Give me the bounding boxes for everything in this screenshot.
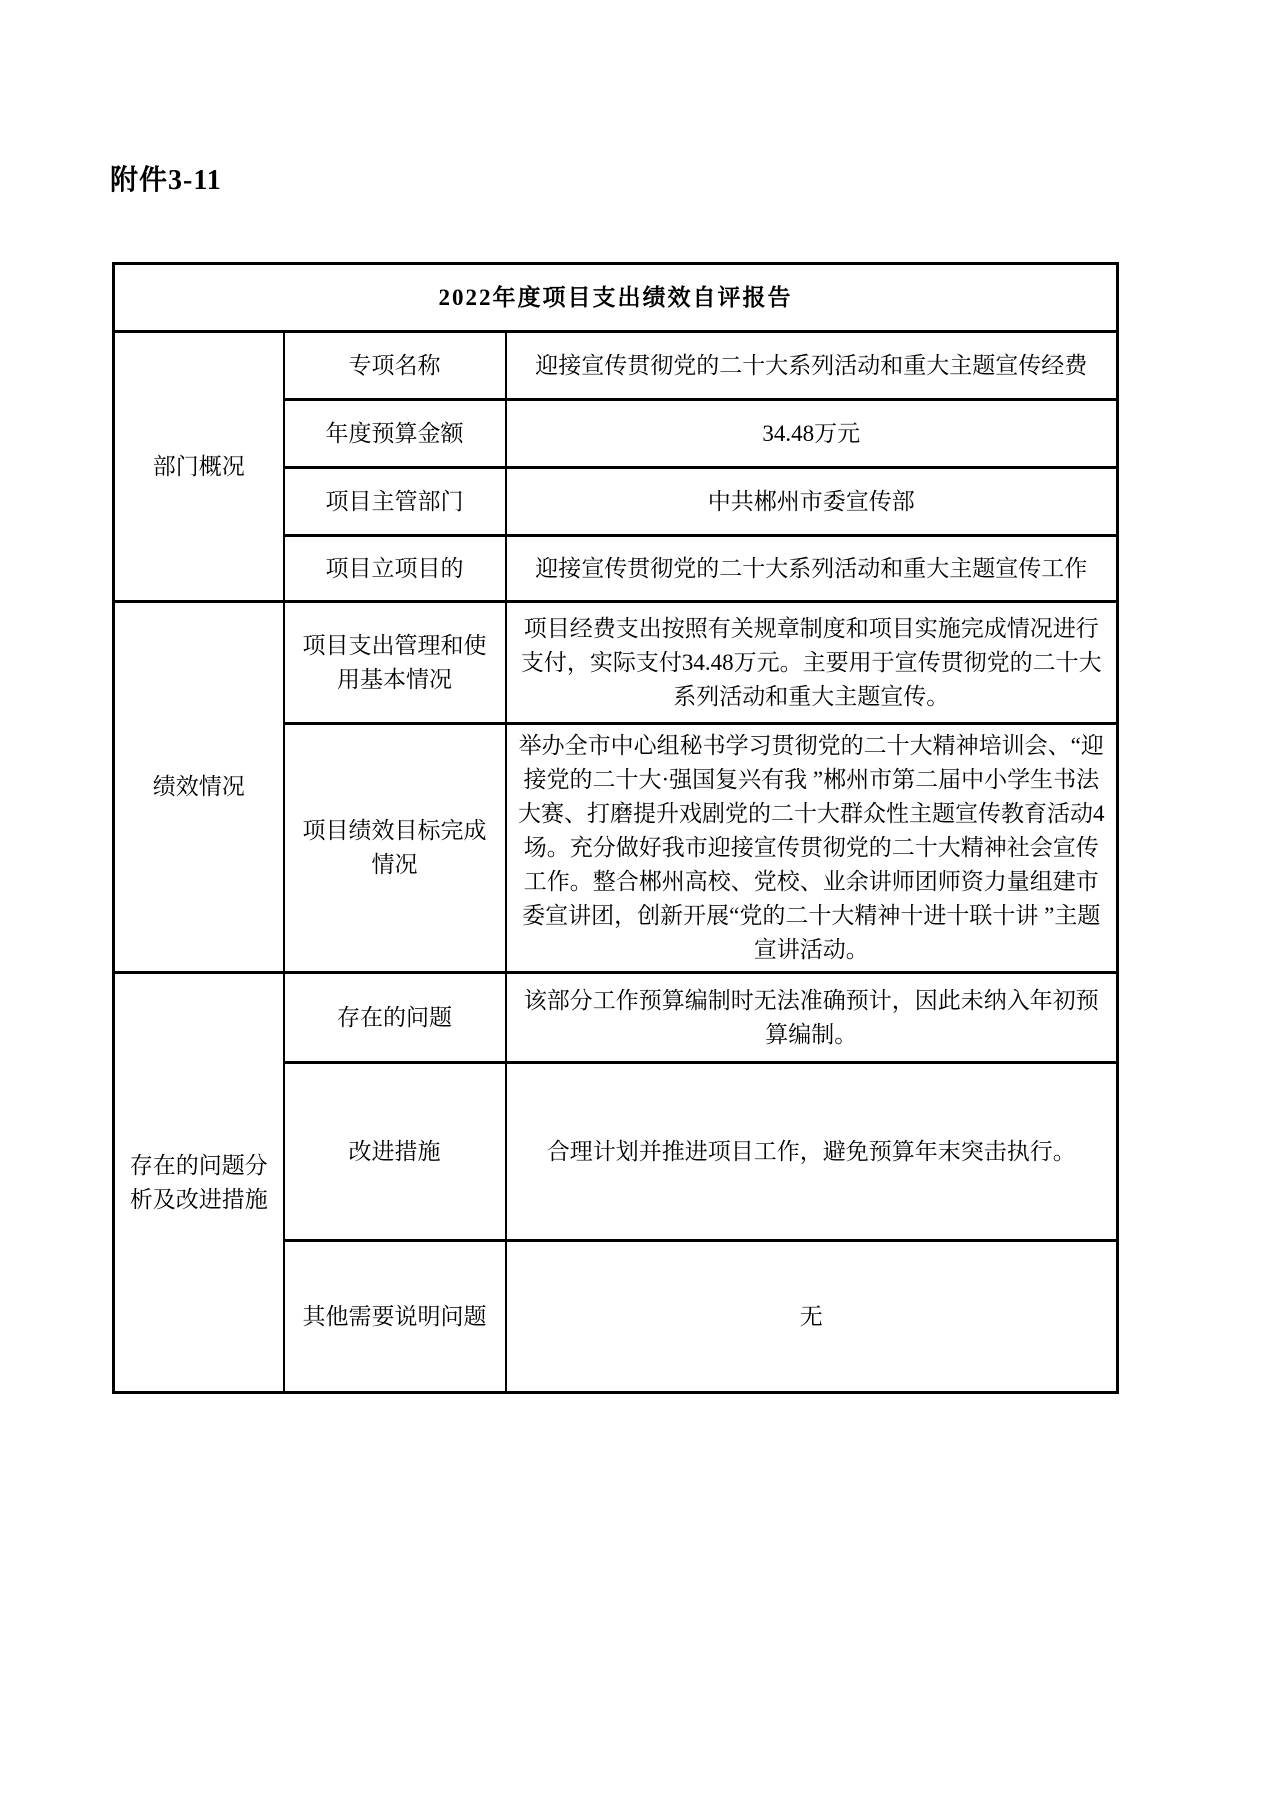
row-value-special-project-name: 迎接宣传贯彻党的二十大系列活动和重大主题宣传经费 bbox=[506, 332, 1118, 400]
row-value-other-notes: 无 bbox=[506, 1241, 1118, 1393]
table-row: 绩效情况 项目支出管理和使用基本情况 项目经费支出按照有关规章制度和项目实施完成… bbox=[114, 602, 1118, 724]
row-label-special-project-name: 专项名称 bbox=[284, 332, 506, 400]
group-cell-problems-and-improvements: 存在的问题分析及改进措施 bbox=[114, 973, 284, 1393]
row-label-supervising-department: 项目主管部门 bbox=[284, 468, 506, 536]
table-row: 存在的问题分析及改进措施 存在的问题 该部分工作预算编制时无法准确预计，因此未纳… bbox=[114, 973, 1118, 1063]
row-value-expenditure-management: 项目经费支出按照有关规章制度和项目实施完成情况进行支付，实际支付34.48万元。… bbox=[506, 602, 1118, 724]
group-cell-performance-status: 绩效情况 bbox=[114, 602, 284, 973]
row-label-other-notes: 其他需要说明问题 bbox=[284, 1241, 506, 1393]
row-value-annual-budget: 34.48万元 bbox=[506, 400, 1118, 468]
row-label-performance-goal-completion: 项目绩效目标完成情况 bbox=[284, 724, 506, 973]
row-label-expenditure-management: 项目支出管理和使用基本情况 bbox=[284, 602, 506, 724]
attachment-label: 附件3-11 bbox=[110, 158, 222, 198]
row-value-performance-goal-completion: 举办全市中心组秘书学习贯彻党的二十大精神培训会、“迎接党的二十大·强国复兴有我 … bbox=[506, 724, 1118, 973]
table-title-row: 2022年度项目支出绩效自评报告 bbox=[114, 264, 1118, 332]
row-label-project-purpose: 项目立项目的 bbox=[284, 536, 506, 602]
row-value-project-purpose: 迎接宣传贯彻党的二十大系列活动和重大主题宣传工作 bbox=[506, 536, 1118, 602]
row-label-existing-problems: 存在的问题 bbox=[284, 973, 506, 1063]
group-cell-department-overview: 部门概况 bbox=[114, 332, 284, 602]
row-label-improvement-measures: 改进措施 bbox=[284, 1063, 506, 1241]
report-table: 2022年度项目支出绩效自评报告 部门概况 专项名称 迎接宣传贯彻党的二十大系列… bbox=[112, 262, 1119, 1394]
table-row: 部门概况 专项名称 迎接宣传贯彻党的二十大系列活动和重大主题宣传经费 bbox=[114, 332, 1118, 400]
row-value-existing-problems: 该部分工作预算编制时无法准确预计，因此未纳入年初预算编制。 bbox=[506, 973, 1118, 1063]
row-value-improvement-measures: 合理计划并推进项目工作，避免预算年末突击执行。 bbox=[506, 1063, 1118, 1241]
document-page: 附件3-11 2022年度项目支出绩效自评报告 部门概况 专项名称 迎接宣传贯彻… bbox=[0, 0, 1272, 1800]
table-title: 2022年度项目支出绩效自评报告 bbox=[114, 264, 1118, 332]
row-label-annual-budget: 年度预算金额 bbox=[284, 400, 506, 468]
row-value-supervising-department: 中共郴州市委宣传部 bbox=[506, 468, 1118, 536]
